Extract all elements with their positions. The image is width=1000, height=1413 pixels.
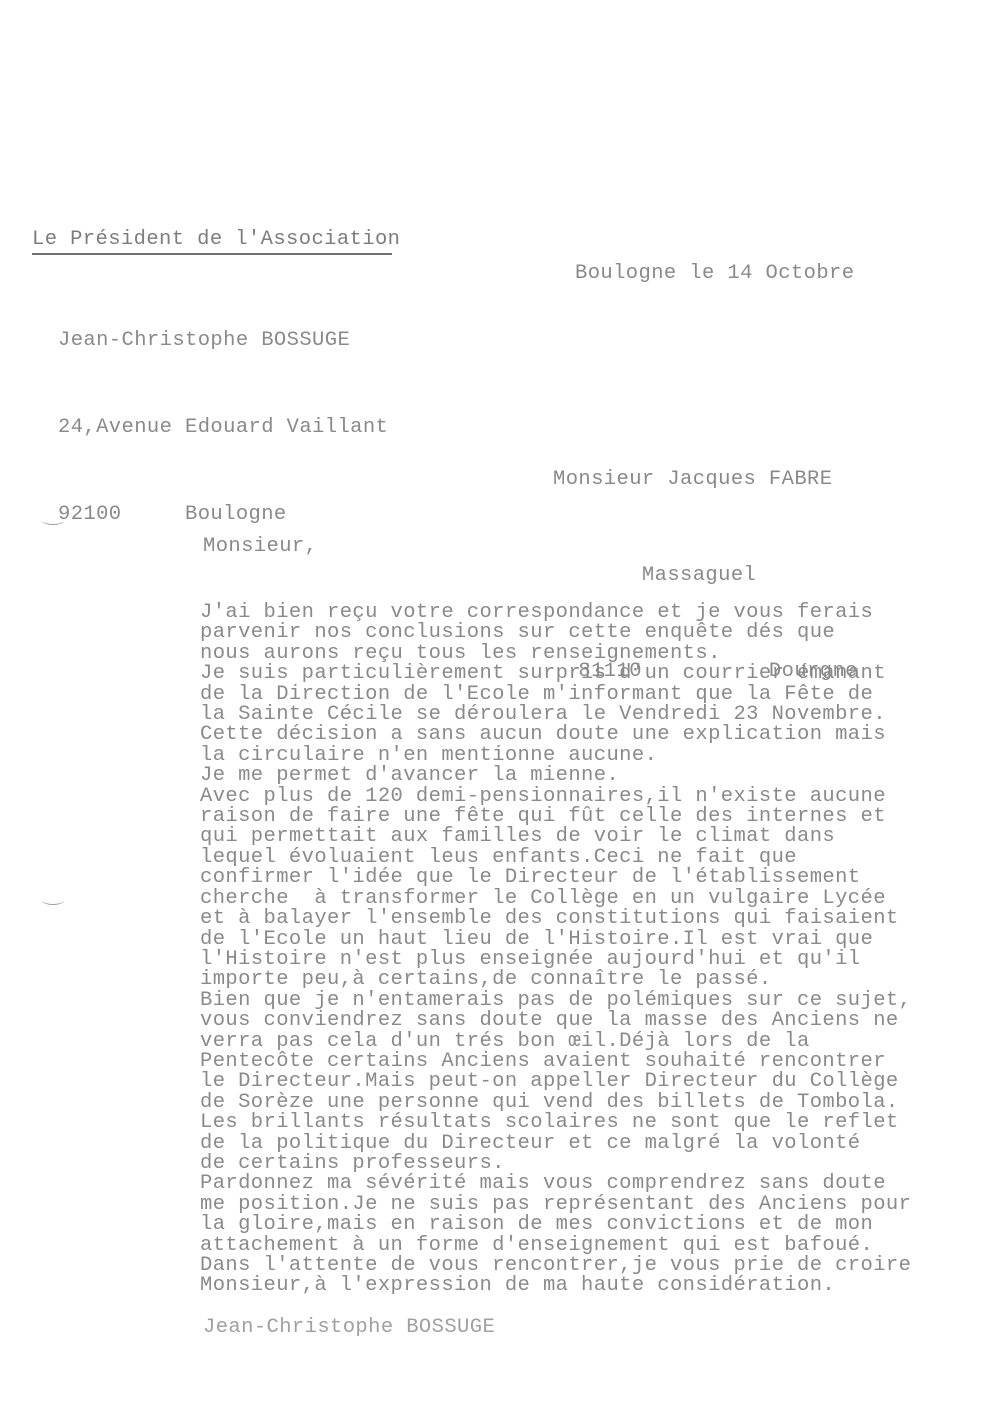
body-line: la circulaire n'en mentionne aucune. <box>200 746 911 766</box>
body-line: verra pas cela d'un trés bon œil.Déjà lo… <box>200 1032 911 1052</box>
body-line: de la Direction de l'Ecole m'informant q… <box>200 685 911 705</box>
body-line: de Sorèze une personne qui vend des bill… <box>200 1093 911 1113</box>
body-line: la Sainte Cécile se déroulera le Vendred… <box>200 705 911 725</box>
body-line: nous aurons reçu tous les renseignements… <box>200 644 911 664</box>
body-line: et à balayer l'ensemble des constitution… <box>200 909 911 929</box>
body-line: cherche à transformer le Collège en un v… <box>200 889 911 909</box>
punch-hole-mark <box>42 896 64 905</box>
body-line: qui permettait aux familles de voir le c… <box>200 827 911 847</box>
letterhead-title: Le Président de l'Association <box>32 228 400 251</box>
body-line: Les brillants résultats scolaires ne son… <box>200 1113 911 1133</box>
letter-body: J'ai bien reçu votre correspondance et j… <box>200 603 911 1297</box>
body-line: Pardonnez ma sévérité mais vous comprend… <box>200 1174 911 1194</box>
punch-hole-mark <box>42 516 64 525</box>
body-line: de la politique du Directeur et ce malgr… <box>200 1134 911 1154</box>
recipient-name: Monsieur Jacques FABRE <box>553 464 858 496</box>
body-line: Dans l'attente de vous rencontrer,je vou… <box>200 1256 911 1276</box>
body-line: Bien que je n'entamerais pas de polémiqu… <box>200 991 911 1011</box>
body-line: Avec plus de 120 demi-pensionnaires,il n… <box>200 787 911 807</box>
letterhead-underline <box>32 253 392 255</box>
body-line: attachement à un forme d'enseignement qu… <box>200 1236 911 1256</box>
body-line: J'ai bien reçu votre correspondance et j… <box>200 603 911 623</box>
body-line: raison de faire une fête qui fût celle d… <box>200 807 911 827</box>
body-line: Je me permet d'avancer la mienne. <box>200 766 911 786</box>
signature: Jean-Christophe BOSSUGE <box>203 1316 495 1339</box>
body-line: de l'Ecole un haut lieu de l'Histoire.Il… <box>200 930 911 950</box>
sender-name: Jean-Christophe BOSSUGE <box>58 326 388 355</box>
body-line: parvenir nos conclusions sur cette enquê… <box>200 623 911 643</box>
body-line: le Directeur.Mais peut-on appeller Direc… <box>200 1072 911 1092</box>
body-line: lequel évoluaient leus enfants.Ceci ne f… <box>200 848 911 868</box>
body-line: confirmer l'idée que le Directeur de l'é… <box>200 868 911 888</box>
body-line: la gloire,mais en raison de mes convicti… <box>200 1215 911 1235</box>
body-line: l'Histoire n'est plus enseignée aujourd'… <box>200 950 911 970</box>
sender-address: 24,Avenue Edouard Vaillant <box>58 413 388 442</box>
body-line: Cette décision a sans aucun doute une ex… <box>200 725 911 745</box>
letter-page: Le Président de l'Association Jean-Chris… <box>0 0 1000 1413</box>
body-line: de certains professeurs. <box>200 1154 911 1174</box>
letter-date: Boulogne le 14 Octobre <box>575 262 854 285</box>
body-line: Pentecôte certains Anciens avaient souha… <box>200 1052 911 1072</box>
recipient-locality: Massaguel <box>553 560 858 592</box>
body-line: me position.Je ne suis pas représentant … <box>200 1195 911 1215</box>
body-line: importe peu,à certains,de connaître le p… <box>200 970 911 990</box>
body-line: vous conviendrez sans doute que la masse… <box>200 1011 911 1031</box>
salutation: Monsieur, <box>203 535 317 558</box>
body-line: Je suis particulièrement surpris d'un co… <box>200 664 911 684</box>
sender-postal-line: 92100 Boulogne <box>58 500 388 529</box>
body-line: Monsieur,à l'expression de ma haute cons… <box>200 1276 911 1296</box>
